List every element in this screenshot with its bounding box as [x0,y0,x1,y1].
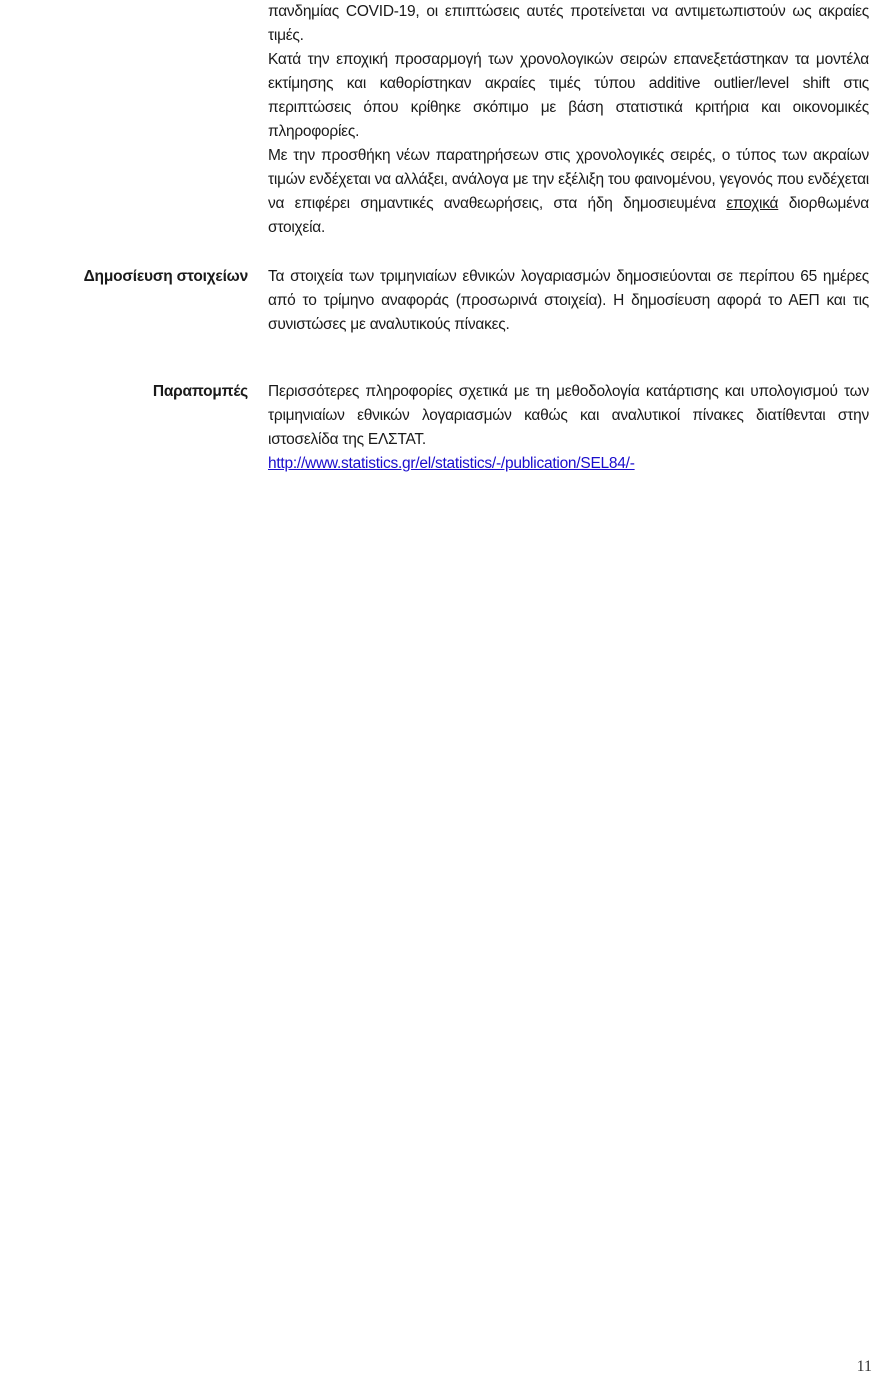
section-label-references: Παραπομπές [153,380,248,404]
underlined-word: εποχικά [726,195,778,212]
page-number: 11 [857,1358,872,1376]
section-label-publication: Δημοσίευση στοιχείων [84,265,248,289]
continuation-body: πανδημίας COVID-19, οι επιπτώσεις αυτές … [268,0,869,240]
references-text: Περισσότερες πληροφορίες σχετικά με τη μ… [268,380,869,452]
seasonal-adjustment-paragraph: Κατά την εποχική προσαρμογή των χρονολογ… [268,48,869,144]
elstat-publication-link[interactable]: http://www.statistics.gr/el/statistics/-… [268,455,635,472]
document-page: πανδημίας COVID-19, οι επιπτώσεις αυτές … [0,0,880,1386]
section-body-publication: Τα στοιχεία των τριμηνιαίων εθνικών λογα… [268,265,869,337]
covid-paragraph: πανδημίας COVID-19, οι επιπτώσεις αυτές … [268,0,869,48]
revisions-paragraph: Με την προσθήκη νέων παρατηρήσεων στις χ… [268,144,869,240]
section-body-references: Περισσότερες πληροφορίες σχετικά με τη μ… [268,380,869,476]
publication-text: Τα στοιχεία των τριμηνιαίων εθνικών λογα… [268,265,869,337]
